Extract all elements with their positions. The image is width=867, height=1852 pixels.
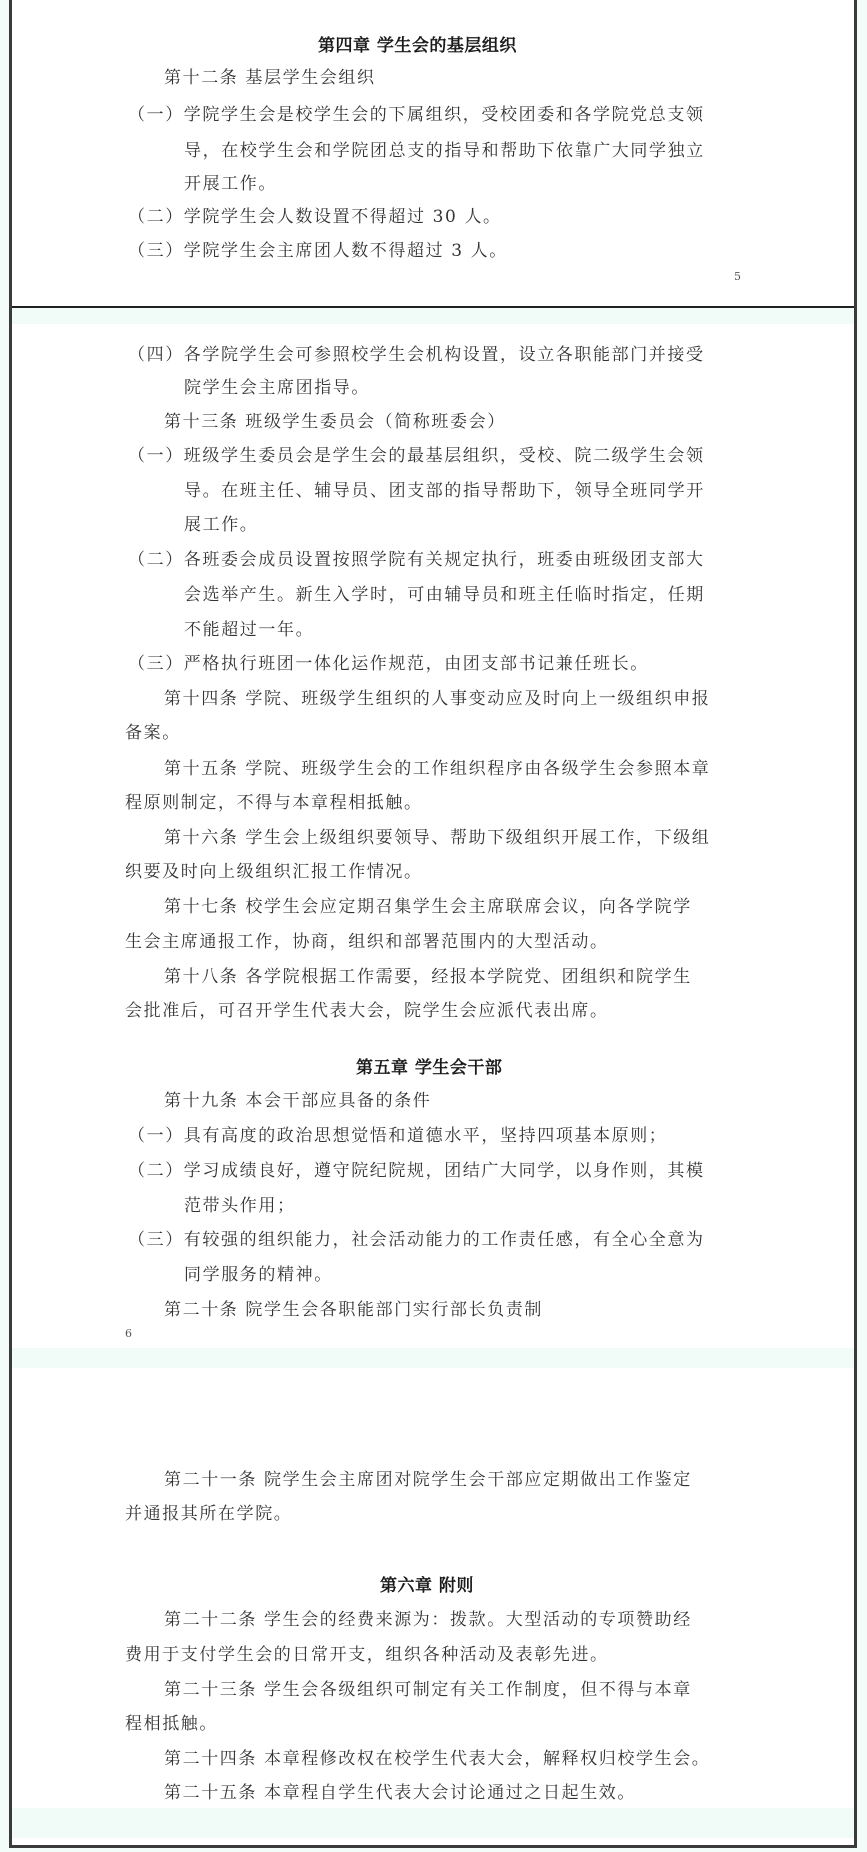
text-line: （三）严格执行班团一体化运作规范，由团支部书记兼任班长。 <box>128 654 649 674</box>
text-line: 织要及时向上级组织汇报工作情况。 <box>125 862 423 882</box>
text-line: 并通报其所在学院。 <box>125 1504 292 1524</box>
text-line: 第二十四条 本章程修改权在校学生代表大会，解释权归校学生会。 <box>164 1749 710 1769</box>
text-line: （二）学院学生会人数设置不得超过 30 人。 <box>128 207 502 227</box>
text-line: 第十三条 班级学生委员会（简称班委会） <box>164 412 506 432</box>
text-line: 第十二条 基层学生会组织 <box>164 68 376 88</box>
page-gap <box>12 1348 854 1368</box>
text-line: 会选举产生。新生入学时，可由辅导员和班主任临时指定，任期 <box>184 585 705 605</box>
text-line: 第十八条 各学院根据工作需要，经报本学院党、团组织和院学生 <box>164 967 692 987</box>
text-line: 第十七条 校学生会应定期召集学生会主席联席会议，向各学院学 <box>164 897 692 917</box>
document-frame <box>9 0 857 1848</box>
text-line: 范带头作用； <box>184 1196 296 1216</box>
page-gap <box>12 1808 854 1838</box>
text-line: 会批准后，可召开学生代表大会，院学生会应派代表出席。 <box>125 1001 609 1021</box>
text-line: 开展工作。 <box>184 174 277 194</box>
text-line: 第二十二条 学生会的经费来源为：拨款。大型活动的专项赞助经 <box>164 1610 692 1630</box>
text-line: 生会主席通报工作，协商，组织和部署范围内的大型活动。 <box>125 932 609 952</box>
text-line: 第十九条 本会干部应具备的条件 <box>164 1091 431 1111</box>
page-gap <box>12 308 854 324</box>
text-line: 展工作。 <box>184 515 258 535</box>
text-line: 导。在班主任、辅导员、团支部的指导帮助下，领导全班同学开 <box>184 481 705 501</box>
text-line: （一）学院学生会是校学生会的下属组织，受校团委和各学院党总支领 <box>128 105 705 125</box>
text-line: 第二十一条 院学生会主席团对院学生会干部应定期做出工作鉴定 <box>164 1470 692 1490</box>
text-line: 第十五条 学院、班级学生会的工作组织程序由各级学生会参照本章 <box>164 759 710 779</box>
text-line: 第十四条 学院、班级学生组织的人事变动应及时向上一级组织申报 <box>164 689 710 709</box>
chapter-heading: 第六章 附则 <box>380 1576 474 1596</box>
page-number: 6 <box>125 1327 132 1340</box>
text-line: （三）学院学生会主席团人数不得超过 3 人。 <box>128 241 508 261</box>
text-line: 第二十条 院学生会各职能部门实行部长负责制 <box>164 1300 543 1320</box>
text-line: 导，在校学生会和学院团总支的指导和帮助下依靠广大同学独立 <box>184 141 705 161</box>
text-line: （二）各班委会成员设置按照学院有关规定执行，班委由班级团支部大 <box>128 550 705 570</box>
text-line: （三）有较强的组织能力，社会活动能力的工作责任感，有全心全意为 <box>128 1230 705 1250</box>
page-number: 5 <box>734 270 741 283</box>
text-line: 费用于支付学生会的日常开支，组织各种活动及表彰先进。 <box>125 1645 609 1665</box>
text-line: （一）班级学生委员会是学生会的最基层组织，受校、院二级学生会领 <box>128 446 705 466</box>
text-line: 院学生会主席团指导。 <box>184 378 370 398</box>
text-line: 第二十三条 学生会各级组织可制定有关工作制度，但不得与本章 <box>164 1680 692 1700</box>
text-line: 同学服务的精神。 <box>184 1265 333 1285</box>
text-line: 第十六条 学生会上级组织要领导、帮助下级组织开展工作，下级组 <box>164 828 710 848</box>
chapter-heading: 第五章 学生会干部 <box>356 1058 502 1078</box>
chapter-heading: 第四章 学生会的基层组织 <box>318 36 517 56</box>
text-line: 程相抵触。 <box>125 1714 218 1734</box>
text-line: （一）具有高度的政治思想觉悟和道德水平，坚持四项基本原则； <box>128 1126 667 1146</box>
text-line: 不能超过一年。 <box>184 620 314 640</box>
text-line: 第二十五条 本章程自学生代表大会讨论通过之日起生效。 <box>164 1783 636 1803</box>
text-line: （二）学习成绩良好，遵守院纪院规，团结广大同学，以身作则，其模 <box>128 1161 705 1181</box>
text-line: （四）各学院学生会可参照校学生会机构设置，设立各职能部门并接受 <box>128 345 705 365</box>
text-line: 程原则制定，不得与本章程相抵触。 <box>125 793 423 813</box>
text-line: 备案。 <box>125 723 181 743</box>
